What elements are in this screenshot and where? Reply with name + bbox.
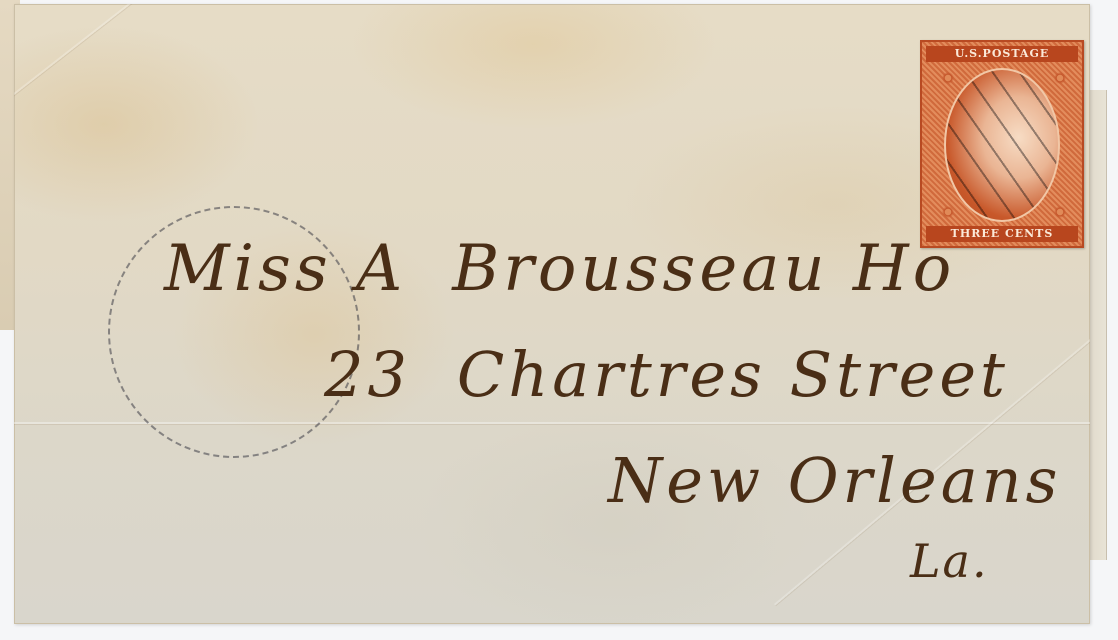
stamp-top-label: U.S.POSTAGE xyxy=(926,46,1078,62)
folded-letter-cover: U.S.POSTAGE THREE CENTS Miss ABrousseau … xyxy=(14,4,1090,624)
address-line-city: New Orleans xyxy=(608,444,1061,517)
address-line-street: 23Chartres Street xyxy=(324,338,1009,411)
street-number: 23 xyxy=(324,338,411,411)
stamp-cancel-mark xyxy=(946,70,1058,220)
letter-cover-scene: U.S.POSTAGE THREE CENTS Miss ABrousseau … xyxy=(0,0,1118,640)
address-line-state: La. xyxy=(910,534,989,588)
postage-stamp: U.S.POSTAGE THREE CENTS xyxy=(920,40,1084,248)
recipient-title: Miss A xyxy=(164,232,406,306)
address-line-recipient: Miss ABrousseau Ho xyxy=(164,232,955,306)
stamp-portrait-oval xyxy=(944,68,1060,222)
recipient-name: Brousseau Ho xyxy=(452,232,955,306)
diagonal-fold-line xyxy=(14,4,306,126)
street-name: Chartres Street xyxy=(457,338,1009,411)
